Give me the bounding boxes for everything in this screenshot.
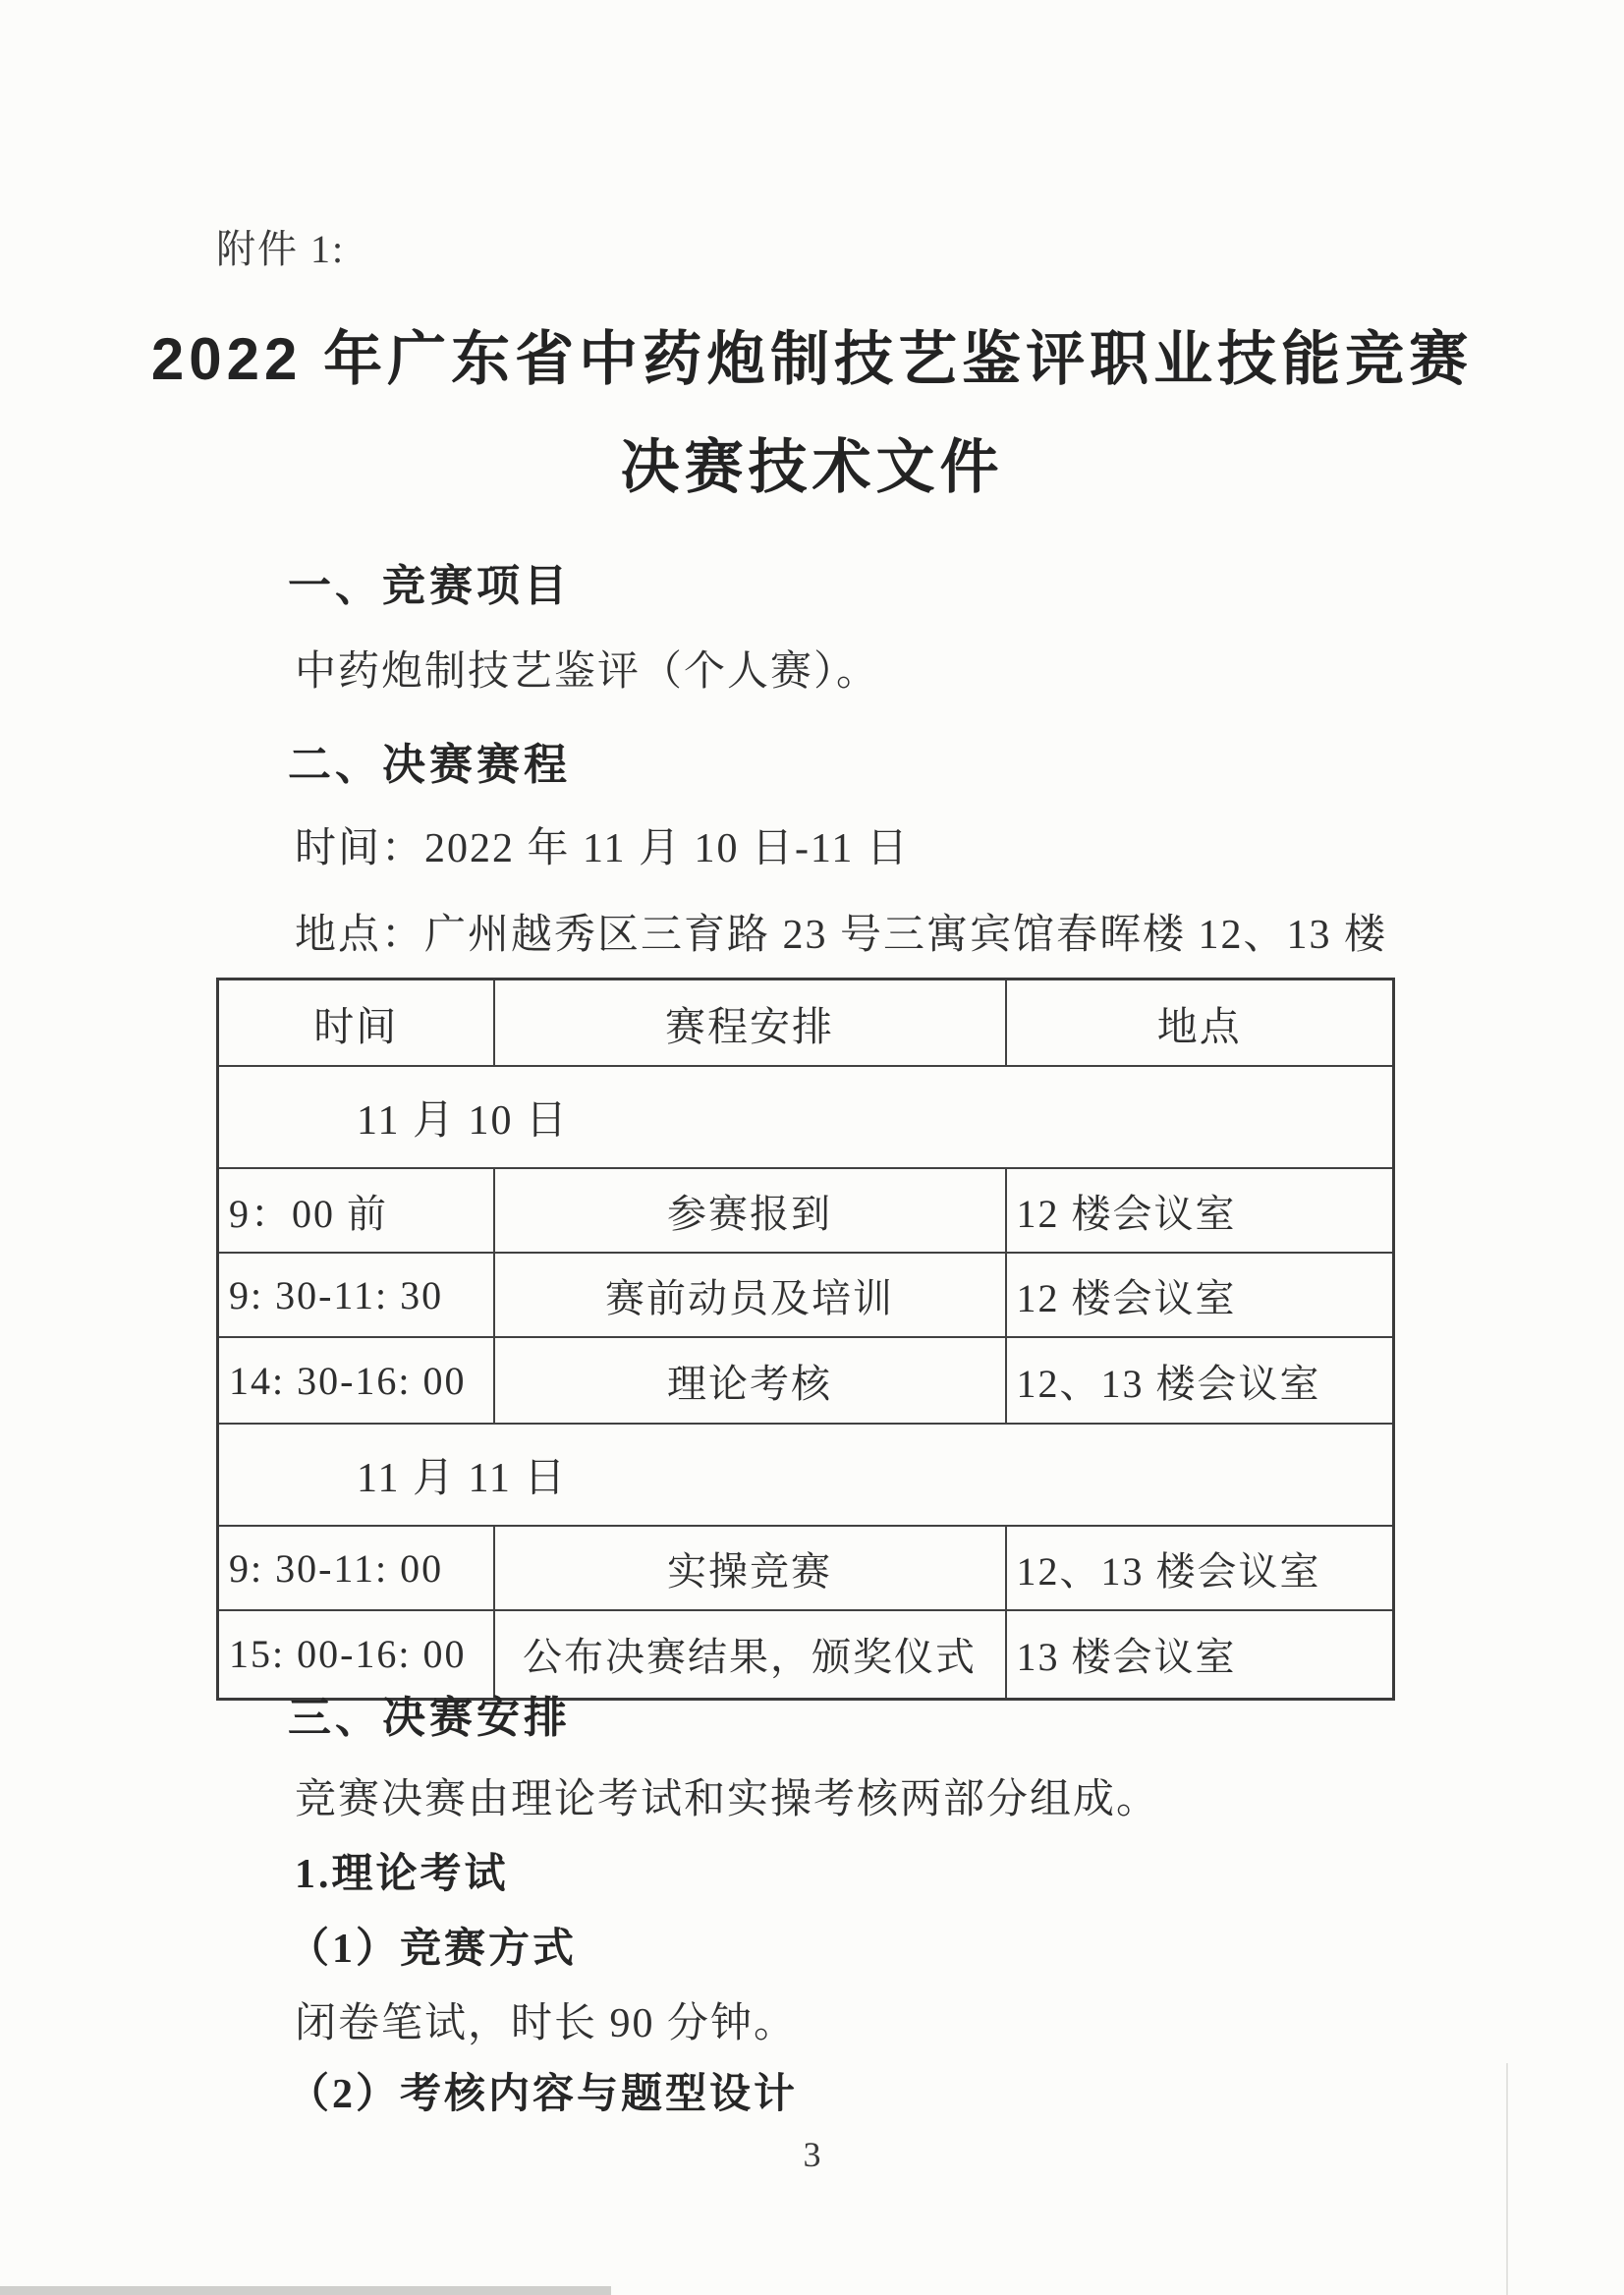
date-label: 11 月 11 日 <box>218 1424 1394 1526</box>
table-row: 9: 30-11: 30 赛前动员及培训 12 楼会议室 <box>218 1253 1394 1337</box>
cell-event: 赛前动员及培训 <box>494 1253 1006 1337</box>
section1-heading: 一、竞赛项目 <box>288 550 571 613</box>
cell-event: 参赛报到 <box>494 1168 1006 1253</box>
scan-edge-artifact <box>0 2286 611 2295</box>
header-event: 赛程安排 <box>494 980 1006 1067</box>
document-title-line1: 2022 年广东省中药炮制技艺鉴评职业技能竞赛 <box>0 312 1624 397</box>
cell-location: 12、13 楼会议室 <box>1006 1526 1394 1610</box>
cell-event: 理论考核 <box>494 1337 1006 1424</box>
scan-edge-artifact <box>1506 2063 1508 2295</box>
document-title-line2: 决赛技术文件 <box>0 420 1624 505</box>
section2-location-line: 地点：广州越秀区三育路 23 号三寓宾馆春晖楼 12、13 楼 <box>295 902 1387 961</box>
table-row: 9: 30-11: 00 实操竞赛 12、13 楼会议室 <box>218 1526 1394 1610</box>
cell-location: 13 楼会议室 <box>1006 1610 1394 1699</box>
cell-event: 实操竞赛 <box>494 1526 1006 1610</box>
header-time: 时间 <box>218 980 494 1067</box>
table-row: 9：00 前 参赛报到 12 楼会议室 <box>218 1168 1394 1253</box>
table-row: 14: 30-16: 00 理论考核 12、13 楼会议室 <box>218 1337 1394 1424</box>
cell-location: 12、13 楼会议室 <box>1006 1337 1394 1424</box>
header-location: 地点 <box>1006 980 1394 1067</box>
table-date-row: 11 月 11 日 <box>218 1424 1394 1526</box>
date-label: 11 月 10 日 <box>218 1066 1394 1168</box>
cell-time: 9: 30-11: 30 <box>218 1253 494 1337</box>
section3-heading: 三、决赛安排 <box>288 1682 571 1745</box>
page-number: 3 <box>0 2134 1624 2175</box>
cell-location: 12 楼会议室 <box>1006 1168 1394 1253</box>
schedule-table: 时间 赛程安排 地点 11 月 10 日 9：00 前 参赛报到 12 楼会议室… <box>216 978 1395 1701</box>
scanned-document-page: 附件 1: 2022 年广东省中药炮制技艺鉴评职业技能竞赛 决赛技术文件 一、竞… <box>0 0 1624 2295</box>
cell-time: 14: 30-16: 00 <box>218 1337 494 1424</box>
section3-sub1-item1-heading: （1）竞赛方式 <box>288 1916 577 1975</box>
attachment-label: 附件 1: <box>216 218 345 274</box>
section3-body: 竞赛决赛由理论考试和实操考核两部分组成。 <box>295 1766 1159 1825</box>
section3-sub1-item1-body: 闭卷笔试，时长 90 分钟。 <box>295 1990 797 2049</box>
section1-body: 中药炮制技艺鉴评（个人赛）。 <box>295 639 879 698</box>
cell-location: 12 楼会议室 <box>1006 1253 1394 1337</box>
cell-time: 9: 30-11: 00 <box>218 1526 494 1610</box>
section3-sub1-item2-heading: （2）考核内容与题型设计 <box>288 2061 798 2120</box>
cell-time: 9：00 前 <box>218 1168 494 1253</box>
section2-time-line: 时间：2022 年 11 月 10 日-11 日 <box>295 815 910 874</box>
table-date-row: 11 月 10 日 <box>218 1066 1394 1168</box>
section2-heading: 二、决赛赛程 <box>288 729 571 792</box>
section3-sub1-heading: 1.理论考试 <box>295 1841 509 1900</box>
table-header-row: 时间 赛程安排 地点 <box>218 980 1394 1067</box>
